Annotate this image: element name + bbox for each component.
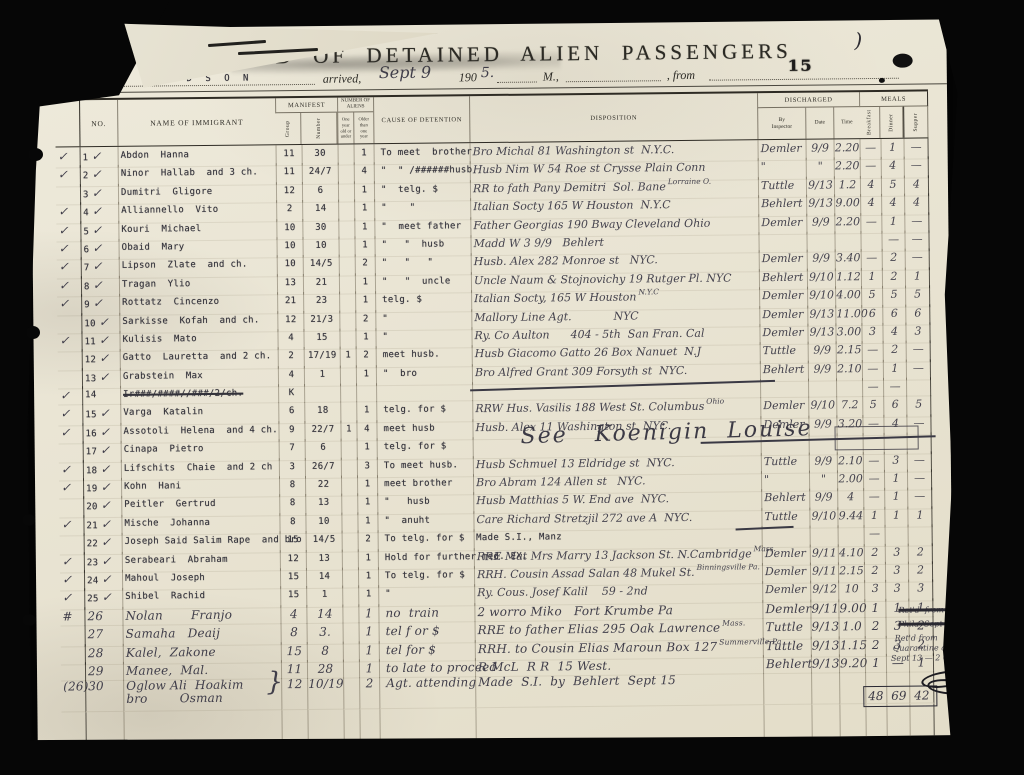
cell-cause xyxy=(376,382,472,402)
header-discharged: DISCHARGED xyxy=(757,92,859,108)
header-group: Group xyxy=(275,113,301,144)
cell-g: 12 xyxy=(281,678,307,710)
cell-insp: Behlert xyxy=(763,655,811,675)
header-number: Number xyxy=(301,113,337,144)
table-rows: ✓1✓Abdon Hanna11301To meet brotherBro Mi… xyxy=(56,138,935,770)
scan-edge-bottom xyxy=(0,736,1024,775)
cell-name: Oglow Ali Hoakimbro Osman} xyxy=(123,679,281,713)
cell-m: (26) xyxy=(61,681,85,713)
from-label: , from xyxy=(667,68,695,83)
header-by-inspector: By Inspector xyxy=(757,108,805,140)
cell-y1 xyxy=(342,604,358,624)
cell-y2: 1 xyxy=(358,604,378,624)
punch-hole xyxy=(26,326,40,339)
cell-cause: Agt. attending xyxy=(379,677,475,710)
total-breakfast: 48 xyxy=(864,687,887,706)
cell-mb: — xyxy=(862,378,883,398)
margin-note: Ret'd from xyxy=(895,633,938,642)
header-name: NAME OF IMMIGRANT xyxy=(117,98,275,146)
cell-no: 30 xyxy=(85,680,123,712)
cell-m: # xyxy=(60,607,84,627)
punch-hole xyxy=(28,148,43,161)
cell-n: 14 xyxy=(306,604,342,624)
cell-mb: 1 xyxy=(864,599,885,619)
cell-no: 14 xyxy=(82,386,120,406)
header-date: Date xyxy=(805,107,833,138)
header-one-year: One year old or under xyxy=(337,112,353,143)
cell-tm xyxy=(836,378,862,398)
cell-n: 10/19 xyxy=(307,678,343,710)
cell-no: 26 xyxy=(84,607,122,627)
cell-tm xyxy=(839,672,865,704)
header-time: Time xyxy=(833,107,859,138)
cell-tm: 9.20 xyxy=(839,654,865,674)
cell-disp: Made S.I. by Behlert Sept 15 xyxy=(475,674,763,709)
cell-md: — xyxy=(883,378,906,398)
cell-m: ✓ xyxy=(58,386,82,406)
cell-insp xyxy=(763,673,811,706)
cell-y1 xyxy=(343,659,359,679)
header-older: Older than one year xyxy=(353,112,373,143)
ink-blot xyxy=(879,78,885,83)
punch-hole xyxy=(22,614,36,626)
pen-mark: ) xyxy=(854,28,862,52)
cell-y1 xyxy=(343,678,359,710)
cell-y1 xyxy=(340,384,356,404)
header-no: NO. xyxy=(79,100,117,146)
cell-g: 4 xyxy=(280,605,306,625)
cell-n xyxy=(304,384,340,404)
header-dinner: Dinner xyxy=(880,107,903,138)
header-supper: Supper xyxy=(903,106,928,137)
cell-ms xyxy=(906,377,931,397)
cell-dt: 9/11 xyxy=(810,599,838,619)
total-dinner: 69 xyxy=(887,687,910,706)
manifest-page: RECORD OF DETAINED ALIEN PASSENGERS 15 )… xyxy=(30,17,953,745)
underline xyxy=(709,64,899,81)
scanned-document: RECORD OF DETAINED ALIEN PASSENGERS 15 )… xyxy=(0,0,1024,775)
cell-tm: 9.00 xyxy=(838,599,864,619)
cell-dt xyxy=(811,673,839,705)
cell-dt xyxy=(808,378,836,398)
meals-total-box: 48 69 42 xyxy=(863,685,937,707)
cell-mb: 1 xyxy=(865,654,886,674)
header-manifest: MANIFEST xyxy=(275,98,337,114)
header-cause: CAUSE OF DETENTION xyxy=(373,96,469,143)
stamp-fragment xyxy=(238,48,318,55)
cell-cause: no train xyxy=(378,603,474,623)
header-breakfast: Breakfast xyxy=(859,107,880,138)
header-margin xyxy=(55,100,79,146)
cell-dt: 9/13 xyxy=(811,654,839,674)
cell-g: K xyxy=(278,384,304,404)
header-meals: MEALS xyxy=(859,91,928,107)
header-disposition: DISPOSITION xyxy=(469,93,757,142)
margin-note: Sept 13 — 2 G xyxy=(891,653,949,663)
cell-y2: 2 xyxy=(359,678,379,710)
header-number-of-aliens: NUMBER OF ALIENS xyxy=(337,97,373,112)
stamp-fragment xyxy=(208,40,266,47)
cell-y2 xyxy=(356,383,376,403)
underline xyxy=(566,66,661,82)
punch-hole xyxy=(22,514,35,526)
cell-insp: Demler xyxy=(762,599,810,619)
pen-box xyxy=(834,426,918,451)
